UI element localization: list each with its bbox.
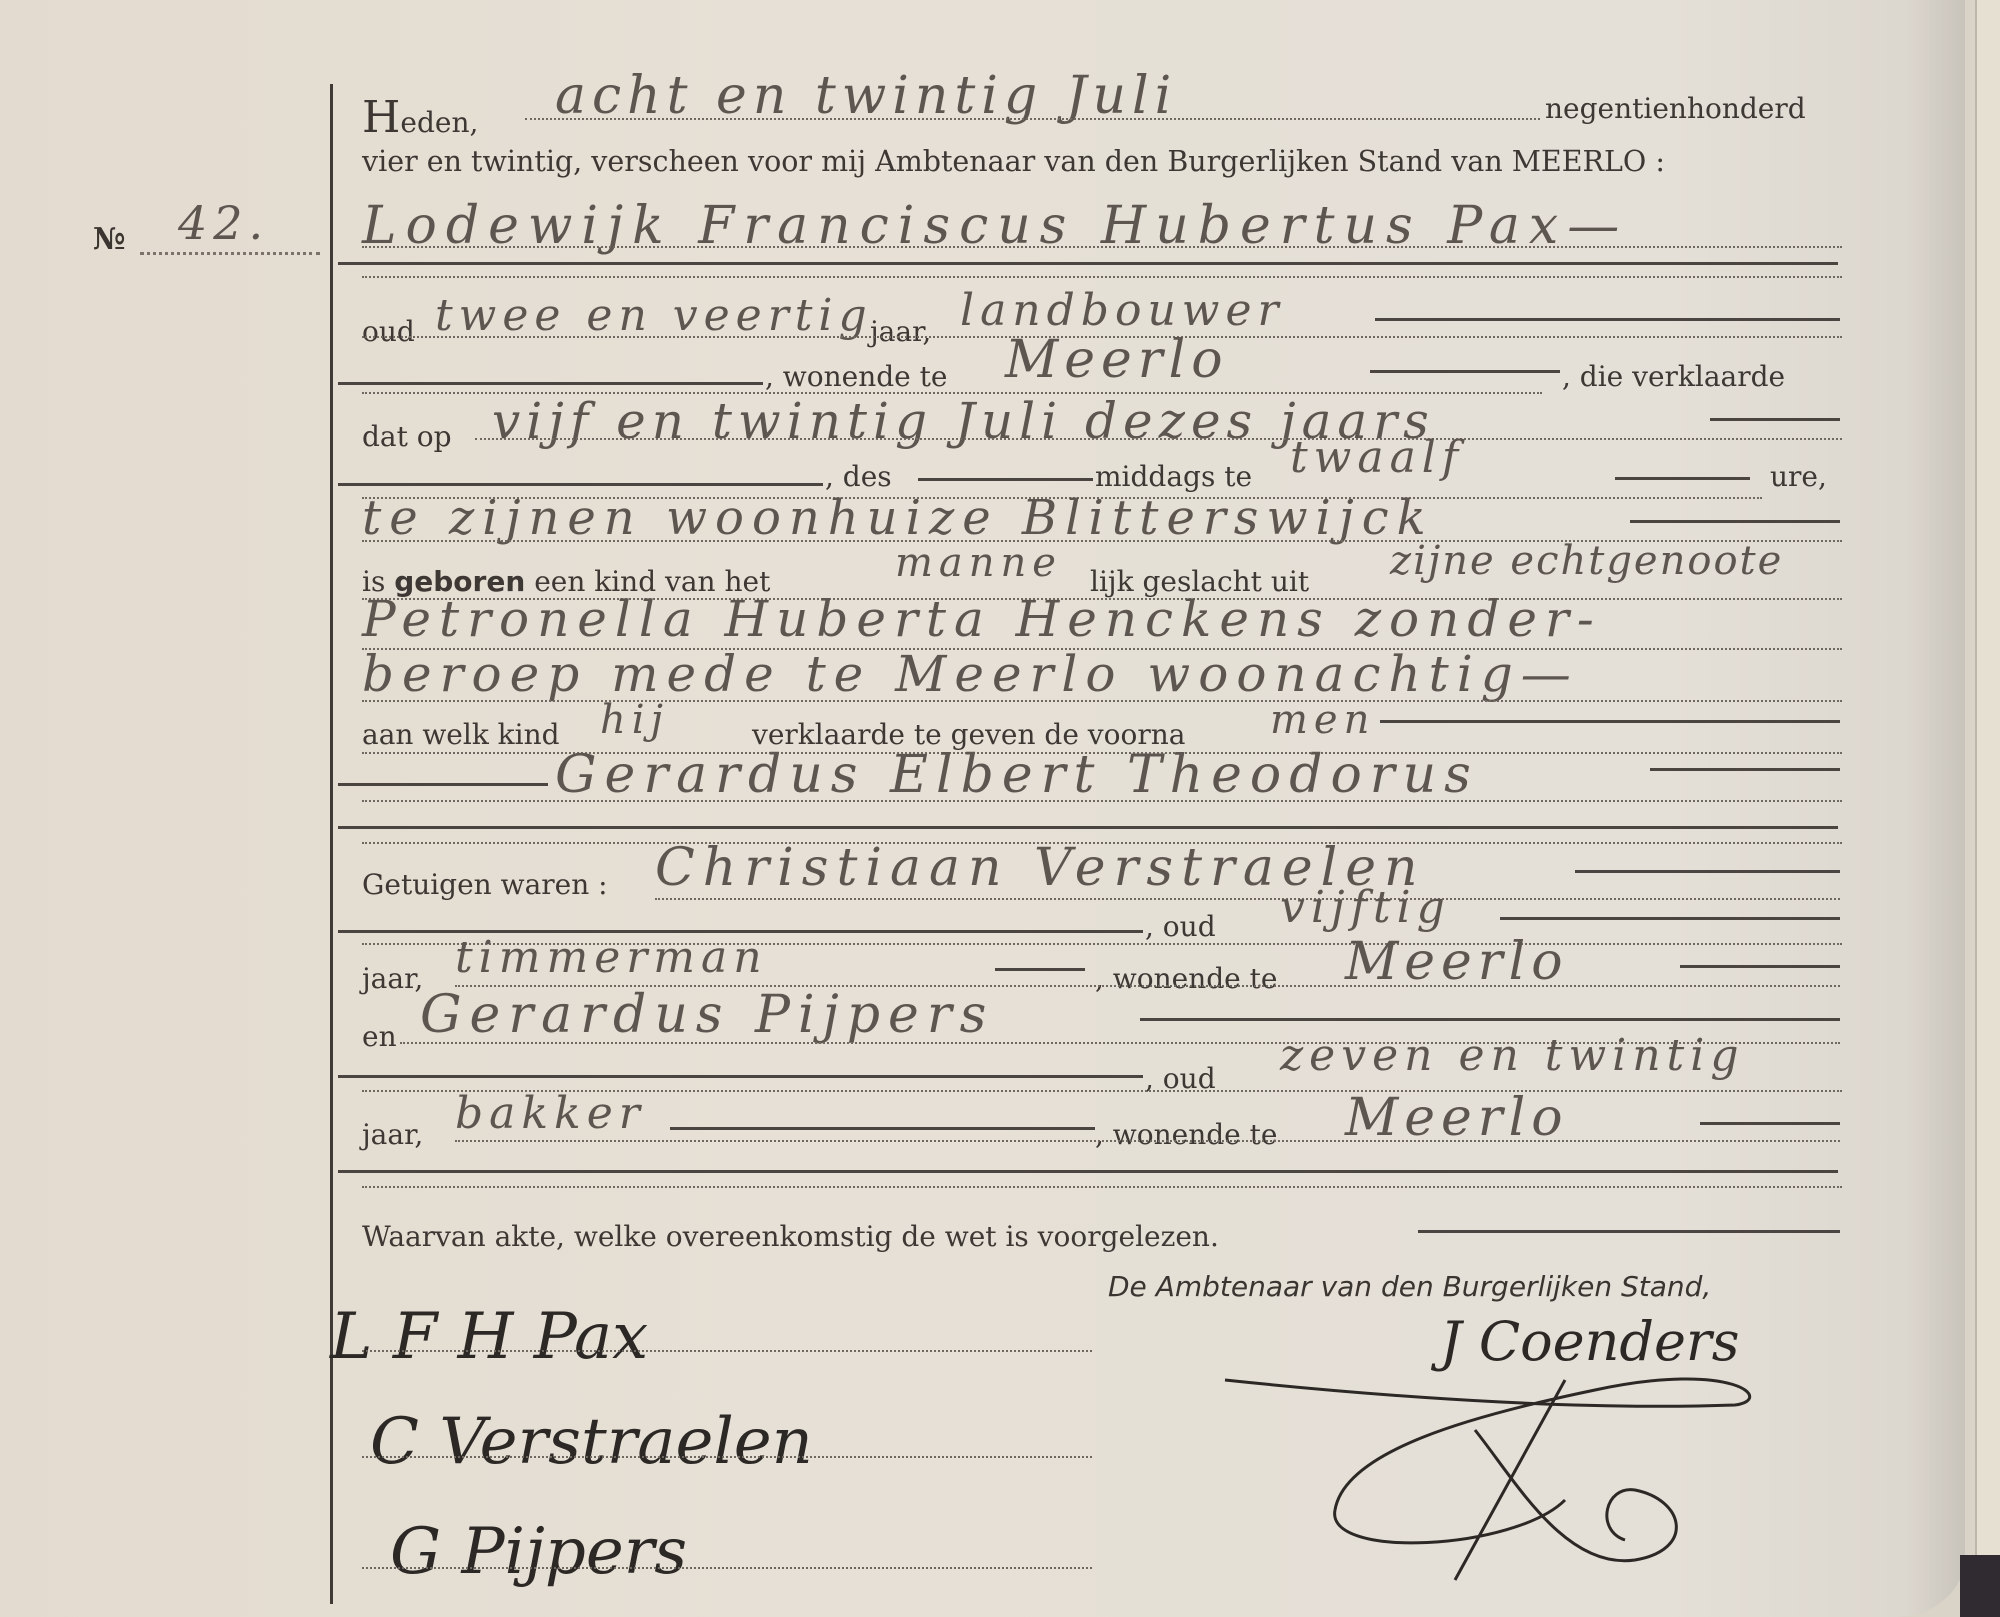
en-label: en <box>362 1020 397 1053</box>
mother-name: Petronella Huberta Henckens zonder- <box>362 590 1602 648</box>
rule <box>1700 1122 1840 1125</box>
declarant-age: twee en veertig <box>435 290 873 341</box>
dat-op-label: dat op <box>362 420 452 453</box>
dotline <box>455 1140 1840 1142</box>
signature-line <box>362 1350 1092 1352</box>
des-label: , des <box>825 460 892 493</box>
mother-line2: beroep mede te Meerlo woonachtig— <box>362 645 1579 703</box>
jaar-label: jaar, <box>870 315 931 348</box>
rule <box>670 1127 1095 1130</box>
ure-label: ure, <box>1770 460 1827 493</box>
signature-flourish <box>1215 1360 1815 1600</box>
dotline <box>362 800 1842 802</box>
adjacent-page-edge <box>1975 0 2000 1560</box>
dotline <box>362 1186 1842 1188</box>
jaar2-label: jaar, <box>362 962 423 995</box>
rule <box>338 826 1838 829</box>
margin-rule <box>330 84 333 1604</box>
closing-text: Waarvan akte, welke overeenkomstig de we… <box>362 1220 1219 1253</box>
wonende2-label: , wonende te <box>1095 962 1277 995</box>
appearance-text: vier en twintig, verscheen voor mij Ambt… <box>362 145 1665 178</box>
signature-witness2: G Pijpers <box>390 1515 687 1589</box>
rule <box>1575 870 1840 873</box>
record-number: 42. <box>178 196 269 250</box>
witness2-age: zeven en twintig <box>1280 1030 1744 1081</box>
witness1-residence: Meerlo <box>1345 932 1569 992</box>
rule <box>1418 1230 1840 1233</box>
jaar3-label: jaar, <box>362 1118 423 1151</box>
rule <box>1615 477 1750 480</box>
oud2-label: , oud <box>1145 910 1216 943</box>
dotline <box>362 246 1842 248</box>
rule <box>1500 917 1840 920</box>
dotline <box>475 438 1842 440</box>
rule <box>1680 965 1840 968</box>
record-number-label: № <box>93 222 124 257</box>
aan-welk-kind: aan welk kind <box>362 718 560 751</box>
background-surface <box>1960 1555 2000 1617</box>
rule <box>1380 720 1840 723</box>
dotline <box>362 276 1842 278</box>
rule <box>338 262 1838 265</box>
dotline <box>655 898 1840 900</box>
oud-label: oud <box>362 315 415 348</box>
signature-line <box>362 1456 1092 1458</box>
witness1-age: vijftig <box>1280 882 1451 933</box>
declarant-occupation: landbouwer <box>960 285 1285 336</box>
heden-label: HHeden,eden, <box>362 92 478 143</box>
record-number-dotline <box>140 252 320 255</box>
birth-hour: twaalf <box>1290 432 1464 483</box>
die-verklaarde: , die verklaarde <box>1562 360 1785 393</box>
rule <box>918 478 1093 481</box>
hij: hij <box>600 697 669 743</box>
child-names: Gerardus Elbert Theodorus <box>555 745 1479 805</box>
witness2-residence: Meerlo <box>1345 1088 1569 1148</box>
rule <box>338 382 763 385</box>
rule <box>1375 318 1840 321</box>
rule <box>1630 520 1840 523</box>
rule <box>338 483 823 486</box>
signature-declarant: L F H Pax <box>330 1300 648 1374</box>
rule <box>338 783 548 786</box>
child-sex: manne <box>895 540 1062 586</box>
wonende-label: , wonende te <box>765 360 947 393</box>
rule <box>338 1075 1143 1078</box>
dotline <box>362 700 1842 702</box>
date-handwritten: acht en twintig Juli <box>555 66 1177 126</box>
rule <box>1370 370 1560 373</box>
rule <box>1140 1018 1840 1021</box>
wonende3-label: , wonende te <box>1095 1118 1277 1151</box>
men: men <box>1270 697 1375 743</box>
birth-place: te zijnen woonhuize Blitterswijck <box>362 490 1434 546</box>
signature-line <box>362 1567 1092 1569</box>
rule <box>1650 768 1840 771</box>
rule <box>338 1170 1838 1173</box>
getuigen-label: Getuigen waren : <box>362 868 608 901</box>
rule <box>1710 418 1840 421</box>
witness2-occupation: bakker <box>455 1088 646 1139</box>
wife-intro: zijne echtgenoote <box>1390 538 1783 584</box>
witness2-name: Gerardus Pijpers <box>420 985 994 1045</box>
century-printed: negentienhonderd <box>1545 92 1806 125</box>
declarant-residence: Meerlo <box>1005 330 1229 390</box>
witness1-occupation: timmerman <box>455 932 768 983</box>
middags-label: middags te <box>1095 460 1252 493</box>
official-title: De Ambtenaar van den Burgerlijken Stand, <box>1108 1270 1711 1303</box>
rule <box>995 968 1085 971</box>
dotline <box>525 118 1540 120</box>
signature-witness1: C Verstraelen <box>370 1405 813 1479</box>
